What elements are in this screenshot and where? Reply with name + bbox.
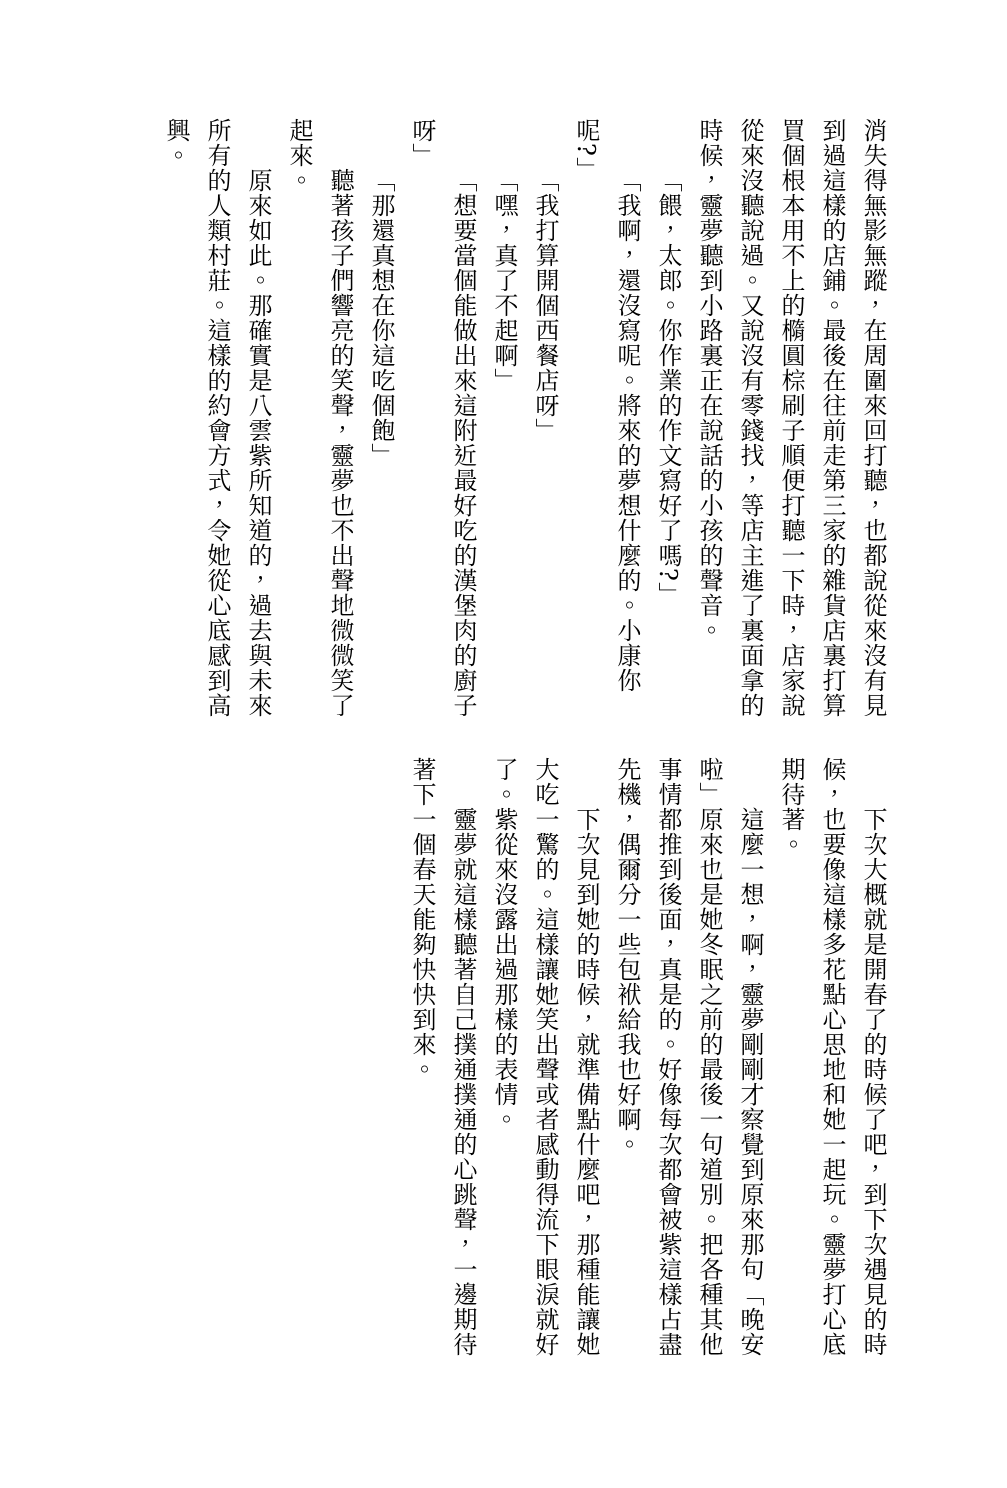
paragraph: 靈夢就這樣聽著自己撲通撲通的心跳聲，一邊期待著下一個春天能夠快快到來。 [401,757,483,1363]
paragraph: 「那還真想在你這吃個飽」 [360,118,401,724]
page-background: { "page": { "kind": "vertical-chinese-no… [0,0,1007,1488]
paragraph: 「我打算開個西餐店呀」 [524,118,565,724]
paragraph: 聽著孩子們響亮的笑聲，靈夢也不出聲地微微笑了起來。 [278,118,360,724]
lower-text-block: 下次大概就是開春了的時候了吧，到下次遇見的時候，也要像這樣多花點心思地和她一起玩… [401,757,893,1363]
book-page: 消失得無影無蹤，在周圍來回打聽，也都說從來沒有見到過這樣的店鋪。最後在往前走第三… [0,0,1007,1488]
paragraph: 下次大概就是開春了的時候了吧，到下次遇見的時候，也要像這樣多花點心思地和她一起玩… [770,757,893,1363]
paragraph: 「餵，太郎。你作業的作文寫好了嗎?」 [647,118,688,724]
paragraph: 「我啊，還沒寫呢。將來的夢想什麼的。小康你呢?」 [565,118,647,724]
paragraph: 下次見到她的時候，就準備點什麼吧，那種能讓她大吃一驚的。這樣讓她笑出聲或者感動得… [483,757,606,1363]
upper-text-block: 消失得無影無蹤，在周圍來回打聽，也都說從來沒有見到過這樣的店鋪。最後在往前走第三… [155,118,893,724]
paragraph: 原來如此。那確實是八雲紫所知道的，過去與未來所有的人類村莊。這樣的約會方式，令她… [155,118,278,724]
paragraph: 這麼一想，啊，靈夢剛剛才察覺到原來那句「晚安啦」原來也是她冬眠之前的最後一句道別… [606,757,770,1363]
paragraph: 消失得無影無蹤，在周圍來回打聽，也都說從來沒有見到過這樣的店鋪。最後在往前走第三… [688,118,893,724]
paragraph: 「嘿，真了不起啊」 [483,118,524,724]
paragraph: 「想要當個能做出來這附近最好吃的漢堡肉的廚子呀」 [401,118,483,724]
